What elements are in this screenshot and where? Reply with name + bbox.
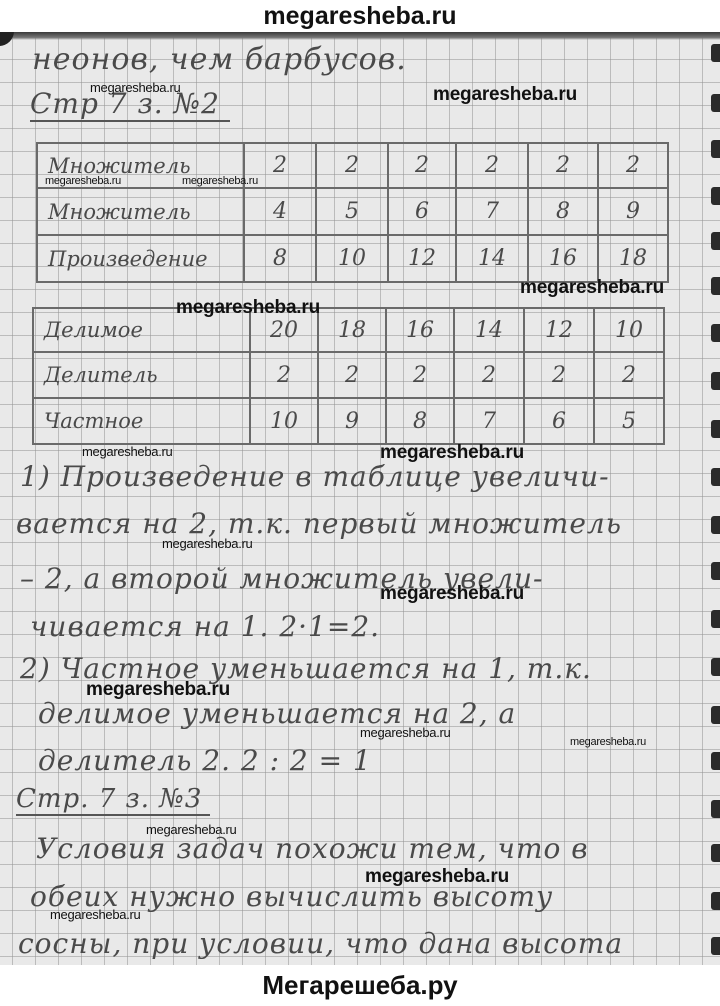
binder-hole <box>711 752 720 770</box>
table-cell: 6 <box>524 398 594 444</box>
table-row: Делитель 2 2 2 2 2 2 <box>33 352 664 398</box>
binder-hole <box>711 44 720 62</box>
binder-hole <box>711 232 720 250</box>
multiplication-table: Множитель 2 2 2 2 2 2 Множитель 4 5 6 7 … <box>36 142 669 283</box>
watermark: megaresheba.ru <box>45 175 121 187</box>
watermark: megaresheba.ru <box>360 725 450 740</box>
table-cell: 14 <box>456 235 528 282</box>
table-cell: 2 <box>318 352 386 398</box>
table-cell: 18 <box>318 308 386 352</box>
watermark: megaresheba.ru <box>380 442 524 464</box>
table-cell: 9 <box>318 398 386 444</box>
table-cell: 10 <box>250 398 318 444</box>
row-label: Множитель <box>37 188 244 235</box>
table-cell: 6 <box>388 188 456 235</box>
row-label: Произведение <box>37 235 244 282</box>
binder-hole <box>711 94 720 112</box>
table-cell: 5 <box>316 188 388 235</box>
binder-hole <box>711 516 720 534</box>
table-cell: 2 <box>594 352 664 398</box>
watermark: megaresheba.ru <box>162 536 252 551</box>
watermark: megaresheba.ru <box>176 297 320 319</box>
binder-hole <box>711 937 720 955</box>
binder-hole <box>711 468 720 486</box>
table-cell: 12 <box>388 235 456 282</box>
site-header-banner: megaresheba.ru <box>0 0 720 32</box>
table-cell: 2 <box>524 352 594 398</box>
binder-hole <box>711 706 720 724</box>
table-cell: 14 <box>454 308 524 352</box>
binder-holes <box>706 32 720 965</box>
answer1-line: вается на 2, т.к. первый множитель <box>16 507 622 540</box>
row-label: Делитель <box>33 352 250 398</box>
watermark: megaresheba.ru <box>182 175 258 187</box>
binder-hole <box>711 140 720 158</box>
division-table: Делимое 20 18 16 14 12 10 Делитель 2 2 2… <box>32 307 665 445</box>
answer3-line: сосны, при условии, что дана высота <box>18 927 623 960</box>
watermark: megaresheba.ru <box>380 583 524 605</box>
table-cell: 16 <box>386 308 454 352</box>
watermark: megaresheba.ru <box>90 80 180 95</box>
table-cell: 2 <box>388 143 456 188</box>
table-cell: 7 <box>454 398 524 444</box>
table-cell: 2 <box>454 352 524 398</box>
answer2-line: делитель 2. 2 : 2 = 1 <box>38 744 372 777</box>
heading-task-3: Стр. 7 з. №3 <box>16 784 210 816</box>
table-cell: 9 <box>598 188 668 235</box>
table-cell: 2 <box>528 143 598 188</box>
table-cell: 4 <box>244 188 316 235</box>
table-cell: 2 <box>598 143 668 188</box>
watermark: megaresheba.ru <box>86 679 230 701</box>
table-row: Произведение 8 10 12 14 16 18 <box>37 235 668 282</box>
binder-hole <box>711 372 720 390</box>
intro-line: неонов, чем барбусов. <box>32 42 407 77</box>
table-cell: 12 <box>524 308 594 352</box>
page-top-edge <box>0 32 720 40</box>
binder-hole <box>711 610 720 628</box>
watermark: megaresheba.ru <box>146 822 236 837</box>
notebook-page: неонов, чем барбусов. Стр 7 з. №2 Множит… <box>0 32 720 965</box>
table-cell: 2 <box>250 352 318 398</box>
watermark: megaresheba.ru <box>82 444 172 459</box>
binder-hole <box>711 187 720 205</box>
watermark: megaresheba.ru <box>520 277 664 299</box>
binder-hole <box>711 800 720 818</box>
binder-hole <box>711 658 720 676</box>
table-cell: 8 <box>528 188 598 235</box>
table-row: Множитель 4 5 6 7 8 9 <box>37 188 668 235</box>
answer3-line: Условия задач похожи тем, что в <box>36 832 589 865</box>
table-cell: 10 <box>594 308 664 352</box>
table-cell: 18 <box>598 235 668 282</box>
binder-hole <box>711 562 720 580</box>
answer1-line: 1) Произведение в таблице увеличи- <box>20 460 610 493</box>
row-label: Частное <box>33 398 250 444</box>
watermark: megaresheba.ru <box>365 866 509 888</box>
watermark: megaresheba.ru <box>570 736 646 748</box>
binder-hole <box>711 892 720 910</box>
table-cell: 7 <box>456 188 528 235</box>
watermark: megaresheba.ru <box>433 84 577 106</box>
table-cell: 10 <box>316 235 388 282</box>
table-cell: 16 <box>528 235 598 282</box>
table-row: Множитель 2 2 2 2 2 2 <box>37 143 668 188</box>
answer1-line: чивается на 1. 2·1=2. <box>30 610 380 643</box>
site-footer-banner: Мегарешеба.ру <box>0 965 720 1006</box>
table-cell: 2 <box>386 352 454 398</box>
binder-hole <box>711 324 720 342</box>
binder-hole <box>711 277 720 295</box>
table-cell: 5 <box>594 398 664 444</box>
table-row: Делимое 20 18 16 14 12 10 <box>33 308 664 352</box>
table-cell: 8 <box>386 398 454 444</box>
binder-hole <box>711 844 720 862</box>
table-cell: 2 <box>316 143 388 188</box>
table-row: Частное 10 9 8 7 6 5 <box>33 398 664 444</box>
watermark: megaresheba.ru <box>50 907 140 922</box>
binder-hole <box>711 420 720 438</box>
table-cell: 8 <box>244 235 316 282</box>
table-cell: 2 <box>456 143 528 188</box>
